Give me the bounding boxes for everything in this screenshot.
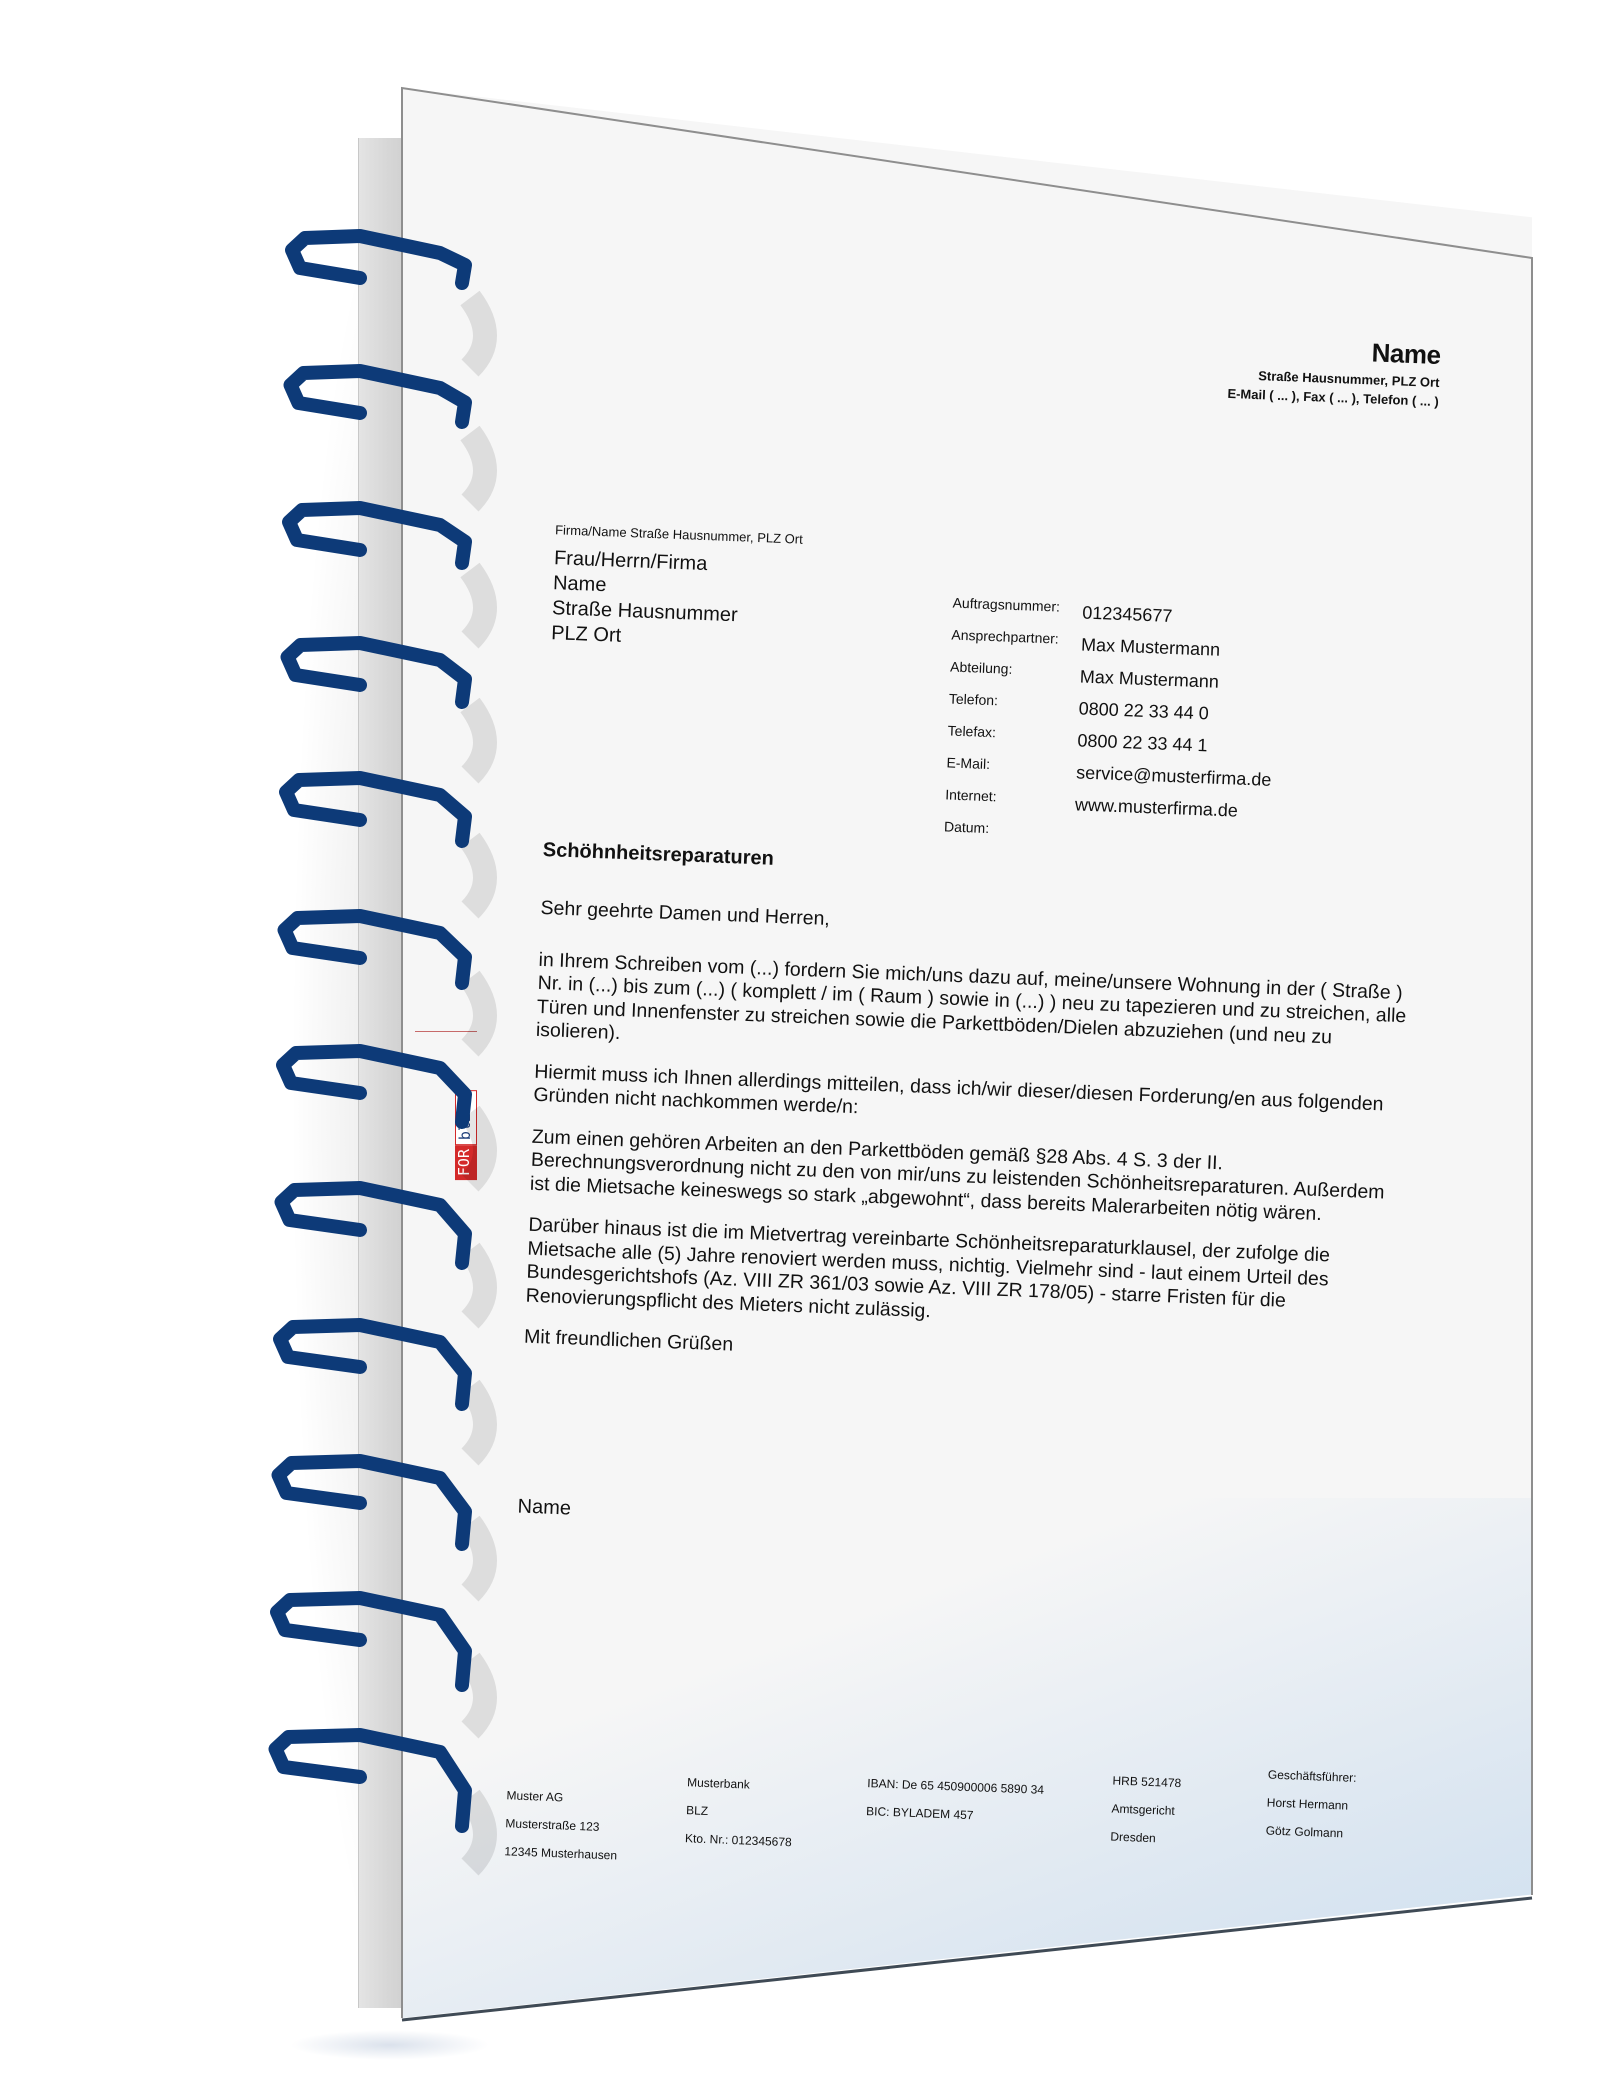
footer-bank: Musterbank BLZ Kto. Nr.: 012345678 (684, 1768, 794, 1856)
return-address: Firma/Name Straße Hausnummer, PLZ Ort (555, 522, 803, 547)
back-page (358, 138, 409, 2008)
info-label: Datum: (943, 818, 1074, 855)
info-label: E-Mail: (946, 754, 1077, 791)
footer-line: Musterstraße 123 (505, 1809, 619, 1841)
footer-line: BLZ (686, 1796, 794, 1828)
brand-tag-white: blitz (455, 1090, 477, 1145)
footer-line: Dresden (1110, 1822, 1180, 1853)
footer-register: HRB 521478 Amtsgericht Dresden (1110, 1767, 1182, 1854)
footer-line: Horst Hermann (1266, 1788, 1356, 1819)
footer-iban: IBAN: De 65 450900006 5890 34 BIC: BYLAD… (866, 1769, 1045, 1832)
brand-tag: FOR blitz (455, 1030, 477, 1180)
body-paragraph: Hiermit muss ich Ihnen allerdings mittei… (533, 1060, 1404, 1140)
info-label: Abteilung: (949, 658, 1080, 695)
footer-company: Muster AG Musterstraße 123 12345 Musterh… (504, 1781, 620, 1869)
letter-subject: Schöhnheitsreparaturen (542, 839, 774, 871)
info-label: Telefax: (947, 722, 1078, 759)
footer-line: Kto. Nr.: 012345678 (684, 1824, 792, 1856)
footer-line: Muster AG (506, 1781, 620, 1813)
info-label: Telefon: (948, 690, 1079, 727)
body-paragraph: Zum einen gehören Arbeiten an den Parket… (530, 1125, 1402, 1229)
sender-contact: E-Mail ( ... ), Fax ( ... ), Telefon ( .… (1227, 386, 1439, 409)
letter-body: Sehr geehrte Damen und Herren, in Ihrem … (523, 897, 1410, 1401)
info-value (1073, 823, 1269, 862)
info-label: Auftragsnummer: (952, 595, 1083, 632)
footer-management: Geschäftsführer: Horst Hermann Götz Golm… (1265, 1760, 1357, 1847)
sender-name: Name (1229, 332, 1441, 371)
salutation: Sehr geehrte Damen und Herren, (540, 897, 1410, 954)
sender-block: Name Straße Hausnummer, PLZ Ort E-Mail (… (1227, 332, 1441, 409)
coil-reflection (290, 2030, 490, 2060)
letter-content: Name Straße Hausnummer, PLZ Ort E-Mail (… (402, 88, 1531, 2018)
footer-line: Geschäftsführer: (1267, 1760, 1357, 1791)
info-label: Ansprechpartner: (951, 627, 1082, 664)
body-paragraph: Darüber hinaus ist die im Mietvertrag ve… (525, 1214, 1398, 1341)
footer-line: Musterbank (687, 1768, 795, 1800)
recipient-address: Frau/Herrn/Firma Name Straße Hausnummer … (551, 546, 740, 653)
letter-footer: Muster AG Musterstraße 123 12345 Musterh… (508, 1751, 1387, 1785)
footer-line: Götz Golmann (1265, 1816, 1355, 1847)
signature-name: Name (517, 1495, 571, 1520)
body-paragraph: in Ihrem Schreiben vom (...) fordern Sie… (535, 948, 1408, 1075)
reference-info-table: Auftragsnummer:012345677 Ansprechpartner… (943, 595, 1278, 863)
brand-tag-red: FOR (455, 1145, 477, 1180)
letter-page: Name Straße Hausnummer, PLZ Ort E-Mail (… (402, 88, 1532, 2018)
footer-line: HRB 521478 (1112, 1767, 1182, 1798)
info-label: Internet: (944, 786, 1075, 823)
footer-line: Amtsgericht (1111, 1795, 1181, 1826)
footer-line: 12345 Musterhausen (504, 1837, 618, 1869)
